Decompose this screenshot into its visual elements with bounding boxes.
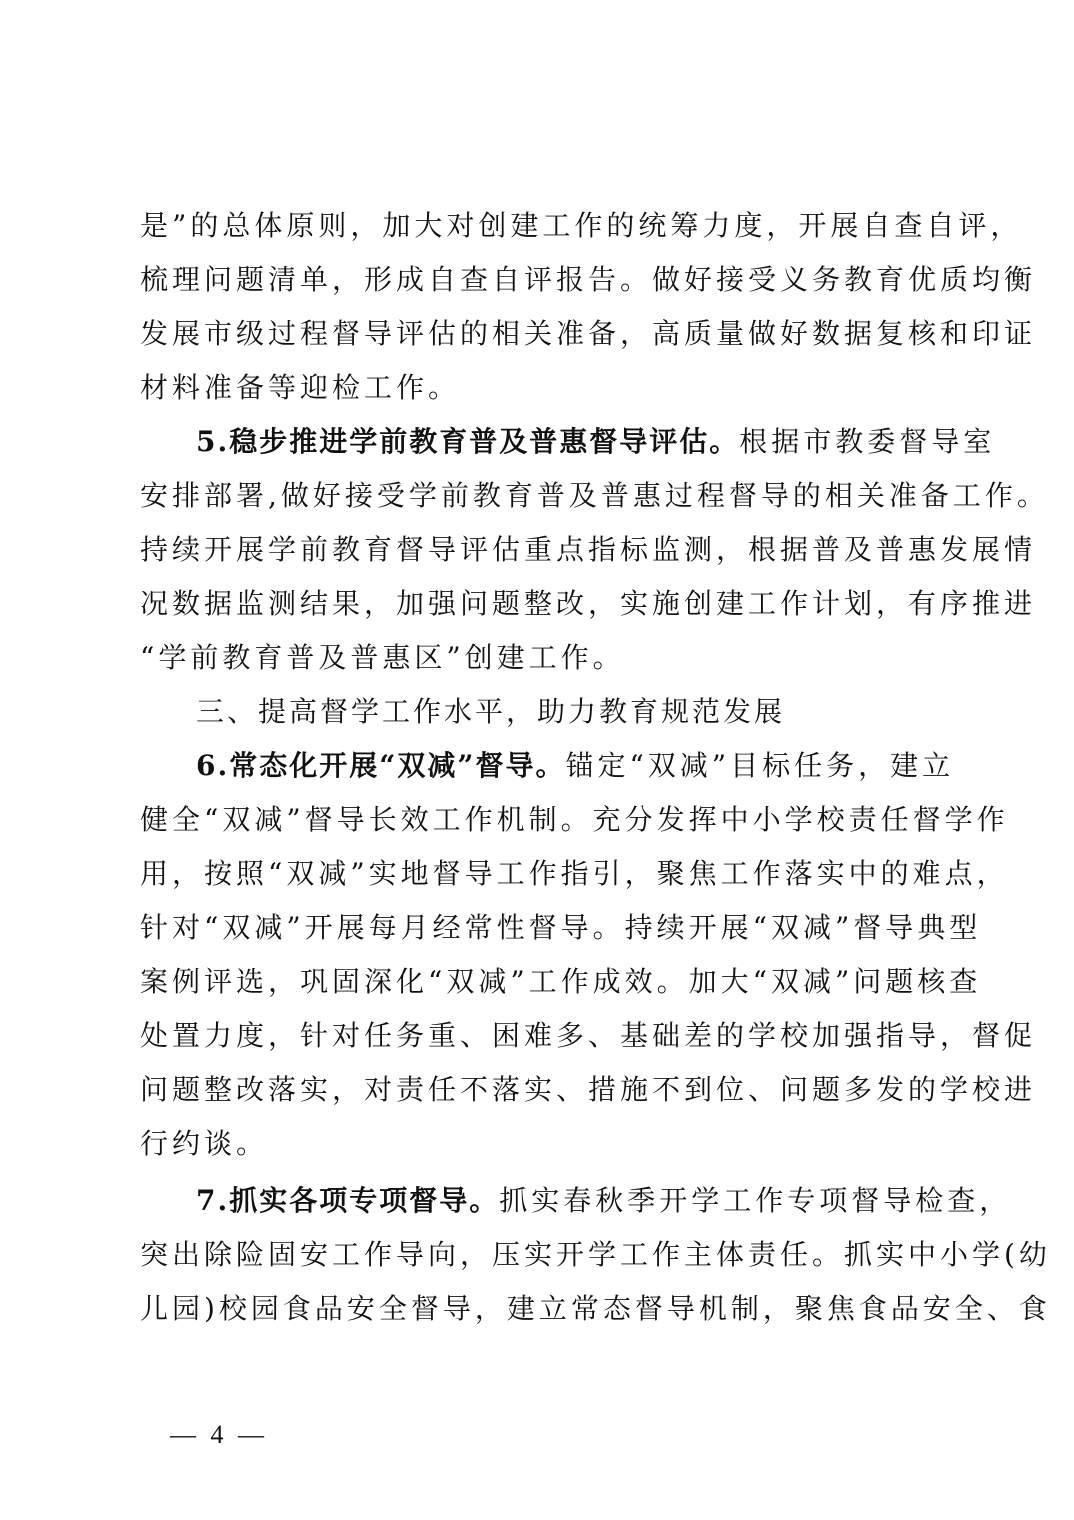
body-line: 用，按照“双减”实地督导工作指引，聚焦工作落实中的难点，	[140, 857, 940, 891]
body-line: 是”的总体原则，加大对创建工作的统筹力度，开展自查自评，	[140, 209, 940, 243]
body-line: 梳理问题清单，形成自查自评报告。做好接受义务教育优质均衡	[140, 263, 940, 297]
item-6-text: 锚定“双减”目标任务，建立	[565, 749, 954, 782]
body-line: 况数据监测结果，加强问题整改，实施创建工作计划，有序推进	[140, 587, 940, 621]
body-line: 案例评选，巩固深化“双减”工作成效。加大“双减”问题核查	[140, 965, 940, 999]
page-number: — 4 —	[170, 1420, 268, 1450]
body-line: 问题整改落实，对责任不落实、措施不到位、问题多发的学校进	[140, 1073, 940, 1107]
section-heading: 三、提高督学工作水平，助力教育规范发展	[196, 695, 940, 729]
body-line: 材料准备等迎检工作。	[140, 371, 940, 405]
document-page: 是”的总体原则，加大对创建工作的统筹力度，开展自查自评， 梳理问题清单，形成自查…	[0, 0, 1074, 1520]
body-line: 处置力度，针对任务重、困难多、基础差的学校加强指导，督促	[140, 1019, 940, 1053]
body-line: 安排部署,做好接受学前教育普及普惠过程督导的相关准备工作。	[140, 479, 940, 513]
body-line: 发展市级过程督导评估的相关准备，高质量做好数据复核和印证	[140, 317, 940, 351]
item-7-text: 抓实春秋季开学工作专项督导检查，	[499, 1184, 1011, 1217]
item-7-first-line: 7.抓实各项专项督导。抓实春秋季开学工作专项督导检查，	[196, 1184, 940, 1218]
body-line: “学前教育普及普惠区”创建工作。	[140, 641, 940, 675]
item-5-text: 根据市教委督导室	[739, 425, 995, 458]
body-line: 突出除险固安工作导向，压实开学工作主体责任。抓实中小学(幼	[140, 1238, 940, 1272]
body-line: 儿园)校园食品安全督导，建立常态督导机制，聚焦食品安全、食	[140, 1292, 940, 1326]
body-line: 针对“双减”开展每月经常性督导。持续开展“双减”督导典型	[140, 911, 940, 945]
body-line: 持续开展学前教育督导评估重点指标监测，根据普及普惠发展情	[140, 533, 940, 567]
item-5-first-line: 5.稳步推进学前教育普及普惠督导评估。根据市教委督导室	[196, 425, 940, 459]
item-6-first-line: 6.常态化开展“双减”督导。锚定“双减”目标任务，建立	[196, 749, 940, 783]
body-line: 行约谈。	[140, 1127, 940, 1161]
body-line: 健全“双减”督导长效工作机制。充分发挥中小学校责任督学作	[140, 803, 940, 837]
item-7-title: 7.抓实各项专项督导。	[196, 1184, 499, 1217]
item-6-title: 6.常态化开展“双减”督导。	[196, 749, 565, 782]
item-5-title: 5.稳步推进学前教育普及普惠督导评估。	[196, 425, 739, 458]
